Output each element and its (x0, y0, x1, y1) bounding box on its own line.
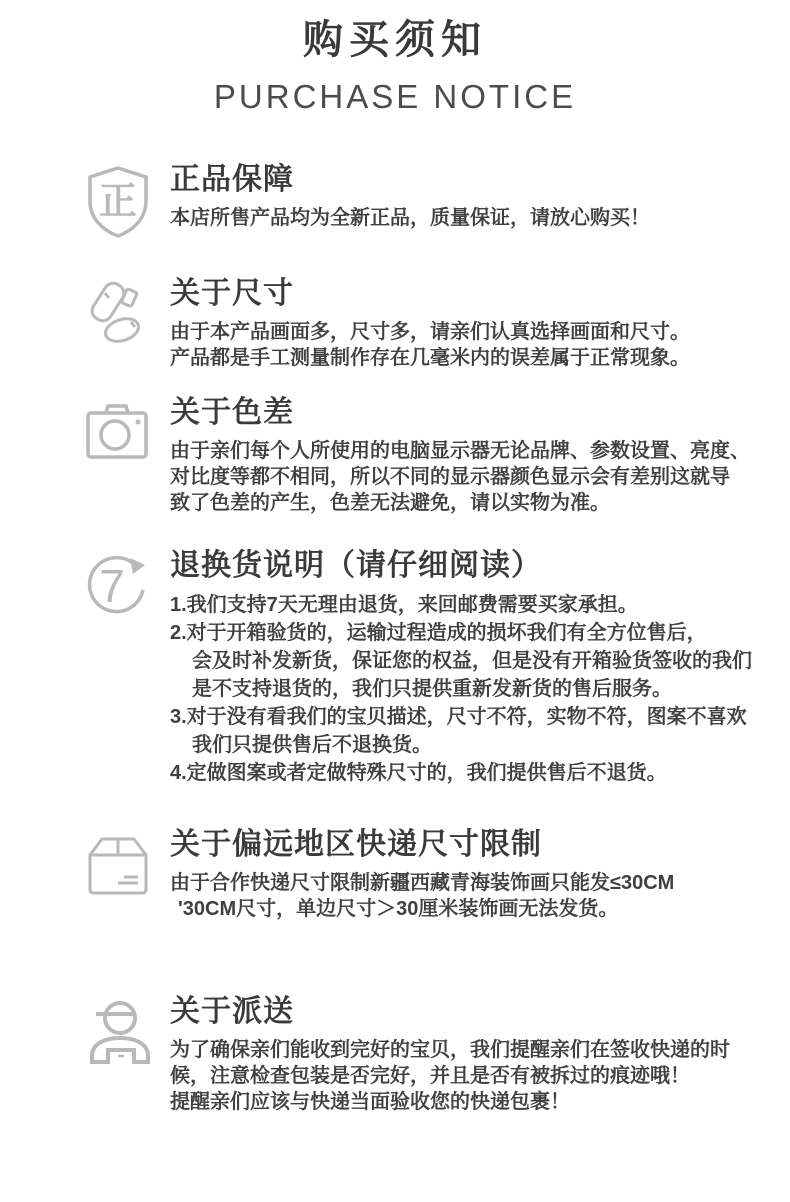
page-title: 购买须知 (0, 16, 790, 64)
section-heading: 正品保障 (170, 162, 760, 198)
section-genuine-guarantee: 正 正品保障 本店所售产品均为全新正品，质量保证，请放心购买！ (0, 162, 790, 240)
return-item-2-cont: 是不支持退货的，我们只提供重新发新货的售后服务。 (170, 675, 760, 703)
section-delivery: 关于派送 为了确保亲们能收到完好的宝贝，我们提醒亲们在签收快递的时 候，注意检查… (0, 994, 790, 1115)
tape-measure-icon (82, 276, 154, 354)
section-return-text: 退换货说明（请仔细阅读） 1.我们支持7天无理由退货，来回邮费需要买家承担。 2… (170, 548, 760, 787)
section-about-size: 关于尺寸 由于本产品画面多，尺寸多，请亲们认真选择画面和尺寸。 产品都是手工测量… (0, 276, 790, 371)
section-line: 致了色差的产生，色差无法避免，请以实物为准。 (170, 490, 760, 516)
return-item-2-cont: 会及时补发新货，保证您的权益，但是没有开箱验货签收的我们 (170, 647, 760, 675)
return-item-4: 4.定做图案或者定做特殊尺寸的，我们提供售后不退货。 (170, 759, 760, 787)
camera-icon (82, 395, 154, 473)
section-heading: 关于偏远地区快递尺寸限制 (170, 827, 760, 863)
section-line: 产品都是手工测量制作存在几毫米内的误差属于正常现象。 (170, 345, 760, 371)
section-color-text: 关于色差 由于亲们每个人所使用的电脑显示器无论品牌、参数设置、亮度、 对比度等都… (170, 395, 760, 516)
section-line: '30CM尺寸，单边尺寸＞30厘米装饰画无法发货。 (170, 896, 760, 922)
page-header: 购买须知 PURCHASE NOTICE (0, 0, 790, 116)
svg-text:正: 正 (99, 181, 137, 223)
package-box-icon (82, 827, 154, 905)
purchase-notice-page: 购买须知 PURCHASE NOTICE 正 正品保障 本店所售产品均为全新正品… (0, 0, 790, 1202)
return-item-2: 2.对于开箱验货的，运输过程造成的损坏我们有全方位售后， (170, 619, 760, 647)
section-shipping-limit: 关于偏远地区快递尺寸限制 由于合作快递尺寸限制新疆西藏青海装饰画只能发≤30CM… (0, 827, 790, 922)
section-line: 为了确保亲们能收到完好的宝贝，我们提醒亲们在签收快递的时 (170, 1037, 760, 1063)
notice-sections: 正 正品保障 本店所售产品均为全新正品，质量保证，请放心购买！ 关于尺寸 (0, 162, 790, 1115)
section-return-policy: 7 退换货说明（请仔细阅读） 1.我们支持7天无理由退货，来回邮费需要买家承担。… (0, 548, 790, 787)
section-heading: 关于色差 (170, 395, 760, 431)
page-subtitle: PURCHASE NOTICE (0, 78, 790, 116)
return-item-1: 1.我们支持7天无理由退货，来回邮费需要买家承担。 (170, 591, 760, 619)
section-delivery-text: 关于派送 为了确保亲们能收到完好的宝贝，我们提醒亲们在签收快递的时 候，注意检查… (170, 994, 760, 1115)
section-heading: 退换货说明（请仔细阅读） (170, 548, 760, 584)
section-line: 由于本产品画面多，尺寸多，请亲们认真选择画面和尺寸。 (170, 319, 760, 345)
section-line: 对比度等都不相同，所以不同的显示器颜色显示会有差别这就导 (170, 464, 760, 490)
section-heading: 关于派送 (170, 994, 760, 1030)
section-shipping-text: 关于偏远地区快递尺寸限制 由于合作快递尺寸限制新疆西藏青海装饰画只能发≤30CM… (170, 827, 760, 922)
section-line: 由于合作快递尺寸限制新疆西藏青海装饰画只能发≤30CM (170, 870, 760, 896)
svg-text:7: 7 (99, 560, 125, 612)
section-line: 本店所售产品均为全新正品，质量保证，请放心购买！ (170, 205, 760, 231)
return-item-3: 3.对于没有看我们的宝贝描述，尺寸不符，实物不符，图案不喜欢 (170, 703, 760, 731)
section-line: 提醒亲们应该与快递当面验收您的快递包裹！ (170, 1089, 760, 1115)
section-genuine-text: 正品保障 本店所售产品均为全新正品，质量保证，请放心购买！ (170, 162, 760, 231)
shield-genuine-icon: 正 (82, 162, 154, 240)
return-item-3-cont: 我们只提供售后不退换货。 (170, 731, 760, 759)
section-size-text: 关于尺寸 由于本产品画面多，尺寸多，请亲们认真选择画面和尺寸。 产品都是手工测量… (170, 276, 760, 371)
section-color-difference: 关于色差 由于亲们每个人所使用的电脑显示器无论品牌、参数设置、亮度、 对比度等都… (0, 395, 790, 516)
section-line: 候，注意检查包装是否完好，并且是否有被拆过的痕迹哦！ (170, 1063, 760, 1089)
section-line: 由于亲们每个人所使用的电脑显示器无论品牌、参数设置、亮度、 (170, 438, 760, 464)
section-heading: 关于尺寸 (170, 276, 760, 312)
seven-day-return-icon: 7 (82, 548, 154, 626)
courier-icon (82, 994, 154, 1072)
